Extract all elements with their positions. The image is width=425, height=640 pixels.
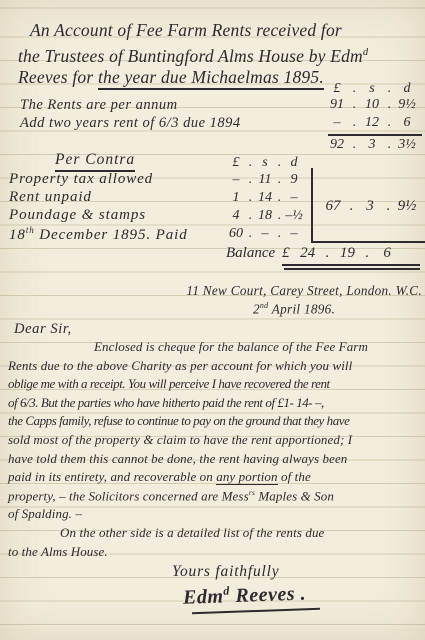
- rents-total-amount: 92 . 3 . 3½: [324, 137, 420, 153]
- title-line-2-text: the Trustees of Buntingford Alms House b…: [18, 45, 363, 65]
- pounds-value: 24: [297, 245, 319, 262]
- shillings-value: 11: [255, 172, 275, 188]
- body-text-segment: property, – the Solicitors concerned are…: [8, 488, 249, 503]
- body-text-segment: of 6/3. But the parties who have hithert…: [8, 395, 324, 410]
- signature-text: Edm: [183, 585, 224, 608]
- shillings-symbol: s: [255, 155, 275, 171]
- separator-dot: .: [353, 81, 357, 97]
- body-text-segment: have told them this cannot be done, the …: [8, 451, 347, 466]
- per-contra-row-3-amount: 4 . 18 . –½: [226, 208, 304, 224]
- separator-dot: .: [388, 115, 392, 131]
- closing: Yours faithfully: [172, 563, 279, 581]
- date-rest: December 1895. Paid: [35, 227, 188, 243]
- title-line-3: Reeves for the year due Michaelmas 1895.: [18, 67, 368, 89]
- pounds-value: 67: [320, 198, 346, 215]
- bracket-line-horizontal: [311, 241, 425, 243]
- title-line-2: the Trustees of Buntingford Alms House b…: [18, 42, 368, 67]
- body-text-segment: of Spalding. –: [8, 506, 82, 521]
- body-text-segment: On the other side is a detailed list of …: [60, 525, 324, 540]
- separator-dot: .: [326, 245, 330, 262]
- pence-symbol: d: [394, 81, 420, 97]
- rents-row-1-label: The Rents are per annum: [20, 97, 178, 114]
- pounds-value: 91: [324, 97, 350, 113]
- balance-label: Balance: [226, 245, 275, 262]
- pounds-symbol: £: [324, 81, 350, 97]
- shillings-value: 14: [255, 190, 275, 206]
- title-line-2-superscript: d: [363, 47, 368, 58]
- rents-row-2-amount: – . 12 . 6: [324, 115, 420, 131]
- pence-value: 9: [284, 172, 304, 188]
- balance-underline-2: [284, 268, 420, 270]
- body-line: sold most of the property & claim to hav…: [8, 432, 422, 451]
- body-text-segment: to the Alms House.: [8, 544, 108, 559]
- body-text-segment: the Capps family, refuse to continue to …: [8, 413, 349, 428]
- body-text-segment: of the: [278, 469, 311, 484]
- body-text-segment: oblige me with a receipt. You will perce…: [8, 376, 330, 391]
- letter-date: 2nd April 1896.: [253, 301, 335, 317]
- separator-dot: .: [249, 226, 253, 242]
- bracket-line-vertical: [311, 168, 313, 243]
- pounds-symbol: £: [226, 155, 246, 171]
- pence-value: 3½: [394, 137, 420, 153]
- body-line: On the other side is a detailed list of …: [8, 525, 422, 544]
- separator-dot: .: [249, 190, 253, 206]
- body-line: have told them this cannot be done, the …: [8, 451, 422, 470]
- body-text-segment: Rents due to the above Charity as per ac…: [8, 358, 352, 373]
- pence-value: 9½: [394, 198, 420, 215]
- pounds-value: 1: [226, 190, 246, 206]
- balance-underline-1: [282, 264, 420, 266]
- separator-dot: .: [249, 172, 253, 188]
- separator-dot: .: [278, 226, 282, 242]
- pounds-value: –: [324, 115, 350, 131]
- per-contra-title: Per Contra: [55, 151, 135, 172]
- separator-dot: .: [388, 81, 392, 97]
- separator-dot: .: [350, 198, 354, 215]
- per-contra-row-2-amount: 1 . 14 . –: [226, 190, 304, 206]
- body-line: Rents due to the above Charity as per ac…: [8, 358, 422, 377]
- shillings-value: –: [255, 226, 275, 242]
- body-text-segment: Maples & Son: [255, 488, 334, 503]
- date-ordinal: th: [26, 225, 35, 235]
- shillings-value: 3: [357, 198, 383, 215]
- pence-value: –: [284, 226, 304, 242]
- sum-line-rents: [328, 134, 422, 136]
- per-contra-row-4-amount: 60 . – . –: [226, 226, 304, 242]
- separator-dot: .: [365, 245, 369, 262]
- body-line: to the Alms House.: [8, 544, 422, 563]
- pence-value: 9½: [394, 97, 420, 113]
- separator-dot: .: [387, 198, 391, 215]
- shillings-symbol: s: [359, 81, 385, 97]
- pence-value: –: [284, 190, 304, 206]
- pounds-symbol: £: [282, 245, 290, 262]
- shillings-value: 12: [359, 115, 385, 131]
- per-contra-row-4-label: 18th December 1895. Paid: [9, 225, 188, 244]
- signature-text: Reeves .: [230, 583, 307, 608]
- salutation: Dear Sir,: [14, 321, 72, 338]
- pence-value: –½: [284, 208, 304, 224]
- body-line: Enclosed is cheque for the balance of th…: [8, 339, 422, 358]
- shillings-value: 3: [359, 137, 385, 153]
- pence-symbol: d: [284, 155, 304, 171]
- body-text-segment: paid in its entirety, and recoverable on: [8, 469, 216, 484]
- per-contra-row-2-label: Rent unpaid: [9, 189, 92, 206]
- rents-row-1-amount: 91 . 10 . 9½: [324, 97, 420, 113]
- balance-row: Balance £ 24 . 19 . 6: [226, 245, 398, 262]
- title-line-1: An Account of Fee Farm Rents received fo…: [18, 20, 368, 42]
- body-text-segment: Enclosed is cheque for the balance of th…: [94, 339, 368, 354]
- signature: Edmd Reeves .: [183, 581, 307, 610]
- separator-dot: .: [388, 137, 392, 153]
- separator-dot: .: [353, 97, 357, 113]
- separator-dot: .: [353, 115, 357, 131]
- separator-dot: .: [353, 137, 357, 153]
- lsd-header-rents: £ . s . d: [324, 81, 420, 97]
- separator-dot: .: [388, 97, 392, 113]
- per-contra-row-3-label: Poundage & stamps: [9, 207, 146, 224]
- shillings-value: 18: [255, 208, 275, 224]
- date-rest: April 1896.: [268, 301, 335, 316]
- body-line: paid in its entirety, and recoverable on…: [8, 469, 422, 488]
- separator-dot: .: [278, 190, 282, 206]
- pounds-value: 4: [226, 208, 246, 224]
- body-line: oblige me with a receipt. You will perce…: [8, 376, 422, 395]
- separator-dot: .: [249, 208, 253, 224]
- body-line: property, – the Solicitors concerned are…: [8, 488, 422, 507]
- sender-address: 11 New Court, Carey Street, London. W.C.: [186, 283, 422, 299]
- pounds-value: –: [226, 172, 246, 188]
- pounds-value: 60: [226, 226, 246, 242]
- document-title: An Account of Fee Farm Rents received fo…: [18, 20, 368, 88]
- shillings-value: 10: [359, 97, 385, 113]
- separator-dot: .: [278, 172, 282, 188]
- document-page: An Account of Fee Farm Rents received fo…: [0, 0, 425, 640]
- per-contra-row-1-label: Property tax allowed: [9, 171, 153, 188]
- date-day: 2: [253, 301, 260, 316]
- body-line: the Capps family, refuse to continue to …: [8, 413, 422, 432]
- separator-dot: .: [278, 208, 282, 224]
- body-line: of 6/3. But the parties who have hithert…: [8, 395, 422, 414]
- title-line-3-text: Reeves for: [18, 67, 98, 87]
- pence-value: 6: [394, 115, 420, 131]
- per-contra-total-amount: 67 . 3 . 9½: [320, 198, 420, 215]
- pounds-value: 92: [324, 137, 350, 153]
- lsd-header-per-contra: £ . s . d: [226, 155, 304, 171]
- separator-dot: .: [249, 155, 253, 171]
- rents-row-2-label: Add two years rent of 6/3 due 1894: [20, 115, 241, 132]
- date-day: 18: [9, 227, 26, 243]
- title-line-3-underlined: the year due Michaelmas 1895.: [98, 67, 324, 90]
- letter-body: Enclosed is cheque for the balance of th…: [8, 339, 422, 562]
- body-line: of Spalding. –: [8, 506, 422, 525]
- body-text-segment: sold most of the property & claim to hav…: [8, 432, 352, 447]
- body-text-segment: any portion: [216, 469, 277, 485]
- shillings-value: 19: [336, 245, 358, 262]
- per-contra-row-1-amount: – . 11 . 9: [226, 172, 304, 188]
- pence-value: 6: [376, 245, 398, 262]
- separator-dot: .: [278, 155, 282, 171]
